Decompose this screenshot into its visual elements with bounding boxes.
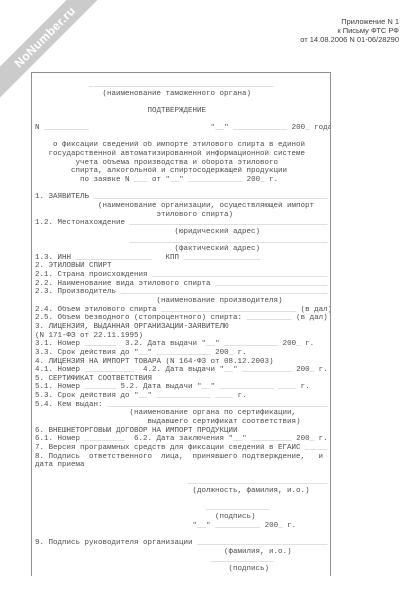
doc-line: (наименование производителя) [35, 297, 330, 306]
appendix-header: Приложение N 1 к Письму ФТС РФ от 14.08.… [300, 17, 399, 44]
doc-line: 5.4. Кем выдан: ________________________… [35, 401, 330, 410]
doc-line: "__" __________ 200_ г. [35, 522, 330, 531]
doc-line: (фамилия, и.о.) [35, 548, 330, 557]
doc-line: 4. ЛИЦЕНЗИЯ НА ИМПОРТ ТОВАРА (N 164-ФЗ о… [35, 358, 330, 367]
doc-line: (юридический адрес) [35, 228, 330, 237]
doc-line: 3. ЛИЦЕНЗИЯ, ВЫДАННАЯ ОРГАНИЗАЦИИ-ЗАЯВИТ… [35, 323, 330, 332]
doc-line: 1.2. Местонахождение ___________________… [35, 219, 330, 228]
doc-line: (наименование таможенного органа) [35, 90, 330, 99]
doc-line: (наименование организации, осуществляюще… [35, 202, 330, 211]
doc-line [35, 470, 330, 479]
doc-line: 3.3. Срок действия до "__" ____________ … [35, 349, 330, 358]
doc-line: N __________ "__" ____________ 200_ года [35, 124, 330, 133]
doc-line: учета объема производства и оборота этил… [35, 159, 330, 168]
doc-line [35, 530, 330, 539]
doc-line [35, 496, 330, 505]
doc-line [35, 185, 330, 194]
document-frame: ________________________________________… [31, 72, 331, 576]
doc-line: ________________________________________… [35, 81, 330, 90]
doc-line: ______________ [35, 556, 330, 565]
doc-line: ______________ [35, 504, 330, 513]
appendix-line-1: Приложение N 1 [300, 17, 399, 26]
doc-line: 9. Подпись руководителя организации ____… [35, 539, 330, 548]
doc-line: государственной автоматизированной инфор… [35, 150, 330, 159]
watermark-text: NoNumber.ru [12, 4, 79, 71]
doc-line: 2. ЭТИЛОВЫЙ СПИРТ [35, 262, 330, 271]
doc-line: (наименование органа по сертификации, [35, 409, 330, 418]
doc-line [35, 133, 330, 142]
doc-line: (N 171-ФЗ от 22.11.1995) [35, 332, 330, 341]
doc-line: 5.1. Номер _______ 5.2. Дата выдачи "__"… [35, 383, 330, 392]
doc-line [35, 98, 330, 107]
doc-line: (фактический адрес) [35, 245, 330, 254]
appendix-line-3: от 14.08.2006 N 01-06/28290 [300, 35, 399, 44]
doc-line [35, 116, 330, 125]
doc-line: спирта, алкогольной и спиртосодержащей п… [35, 167, 330, 176]
doc-line: 8. Подпись ответственного лица, принявше… [35, 453, 330, 462]
doc-line: (подпись) [35, 565, 330, 574]
doc-line: этилового спирта) [35, 211, 330, 220]
doc-line: _______________________________ [35, 478, 330, 487]
doc-line: (должность, фамилия, и.о.) [35, 487, 330, 496]
appendix-line-2: к Письму ФТС РФ [300, 26, 399, 35]
page: { "watermark": { "text": "NoNumber.ru" }… [0, 0, 420, 600]
doc-line: 3.1. Номер _______ 3.2. Дата выдачи "__"… [35, 340, 330, 349]
doc-line: выдавшего сертификат соответствия) [35, 418, 330, 427]
doc-line: 5. СЕРТИФИКАТ СООТВЕТСТВИЯ [35, 375, 330, 384]
doc-line: 1.3. ИНН _________________ КПП _________… [35, 254, 330, 263]
doc-line: 2.3. Производитель _____________________… [35, 288, 330, 297]
doc-line: 2.5. Объем безводного (стопроцентного) с… [35, 314, 330, 323]
doc-line: 2.2. Наименование вида этилового спирта … [35, 280, 330, 289]
doc-line: 6.1. Номер _________ 6.2. Дата заключени… [35, 435, 330, 444]
doc-line: 2.1. Страна происхождения ______________… [35, 271, 330, 280]
document-body: ________________________________________… [32, 73, 330, 574]
doc-line: 2.4. Объем этилового спирта ____________… [35, 306, 330, 315]
doc-line: 1. ЗАЯВИТЕЛЬ ___________________________… [35, 193, 330, 202]
doc-line: ________________________________________… [35, 237, 330, 246]
doc-line: 4.1. Номер ___________ 4.2. Дата выдачи … [35, 366, 330, 375]
doc-line: по заявке N ___ от "__" ____________ 200… [35, 176, 330, 185]
doc-line: дата приема [35, 461, 330, 470]
doc-line: о фиксации сведений об импорте этилового… [35, 141, 330, 150]
doc-line: 7. Версия программных средств для фиксац… [35, 444, 330, 453]
doc-line: ПОДТВЕРЖДЕНИЕ [35, 107, 330, 116]
doc-line: (подпись) [35, 513, 330, 522]
doc-line: 6. ВНЕШНЕТОРГОВЫЙ ДОГОВОР НА ИМПОРТ ПРОД… [35, 427, 330, 436]
doc-line: 5.3. Срок действия до "__" ____________ … [35, 392, 330, 401]
